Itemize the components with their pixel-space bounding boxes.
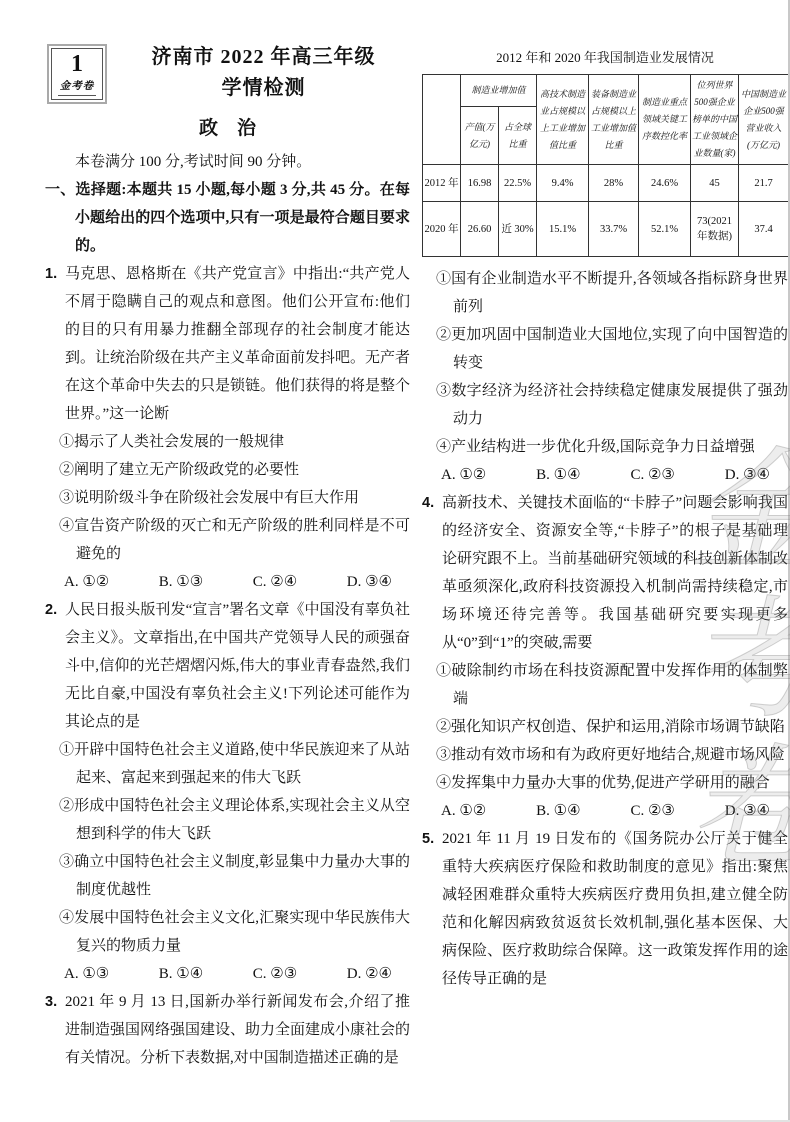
question-1-option-4: ④宣告资产阶级的灭亡和无产阶级的胜利同样是不可避免的 — [59, 512, 410, 568]
question-4-option-2: ②强化知识产权创造、保护和运用,消除市场调节缺陷 — [436, 713, 788, 741]
cell-fortune500: 73(2021年数据) — [691, 202, 739, 257]
choice-b: B. ①④ — [159, 960, 203, 988]
question-2-option-4: ④发展中国特色社会主义文化,汇聚实现中华民族伟大复兴的物质力量 — [59, 904, 410, 960]
cell-global-share: 22.5% — [499, 165, 537, 202]
question-2: 2.人民日报头版刊发“宣言”署名文章《中国没有辜负社会主义》。文章指出,在中国共… — [45, 596, 410, 988]
table-row-2012: 2012 年 16.98 22.5% 9.4% 28% 24.6% 45 21.… — [423, 165, 789, 202]
question-5-number: 5. — [422, 825, 434, 853]
choice-c: C. ②③ — [253, 960, 297, 988]
question-1: 1.马克思、恩格斯在《共产党宣言》中指出:“共产党人不屑于隐瞒自己的观点和意图。… — [45, 260, 410, 596]
question-4-stem: 4.高新技术、关键技术面临的“卡脖子”问题会影响我国的经济安全、资源安全等,“卡… — [422, 489, 788, 657]
table-header-global-share: 占全球比重 — [499, 107, 537, 165]
choice-d: D. ③④ — [347, 568, 392, 596]
paper-title-line2: 学情检测 — [117, 73, 410, 104]
cell-revenue: 37.4 — [739, 202, 789, 257]
cell-year: 2020 年 — [423, 202, 461, 257]
question-3-option-1: ①国有企业制造水平不断提升,各领域各指标跻身世界前列 — [436, 265, 788, 321]
cell-revenue: 21.7 — [739, 165, 789, 202]
exam-info: 本卷满分 100 分,考试时间 90 分钟。 — [45, 148, 410, 176]
choice-a: A. ①③ — [64, 960, 109, 988]
section1-heading: 一、选择题:本题共 15 小题,每小题 3 分,共 45 分。在每小题给出的四个… — [45, 176, 410, 260]
volume-number: 1 — [71, 52, 83, 76]
choice-a: A. ①② — [64, 568, 109, 596]
question-2-option-3: ③确立中国特色社会主义制度,彰显集中力量办大事的制度优越性 — [59, 848, 410, 904]
question-4-option-3: ③推动有效市场和有为政府更好地结合,规避市场风险 — [436, 741, 788, 769]
question-1-number: 1. — [45, 260, 57, 288]
choice-c: C. ②③ — [630, 797, 674, 825]
question-2-choices: A. ①③ B. ①④ C. ②③ D. ②④ — [64, 960, 410, 988]
cell-output: 16.98 — [461, 165, 499, 202]
cell-equipment: 28% — [589, 165, 639, 202]
table-header-added-value: 制造业增加值 — [461, 75, 537, 107]
question-1-option-3: ③说明阶级斗争在阶级社会发展中有巨大作用 — [59, 484, 410, 512]
choice-d: D. ②④ — [347, 960, 392, 988]
manufacturing-table-block: 2012 年和 2020 年我国制造业发展情况 制造业增加值 高技术制造业占规模… — [422, 48, 788, 257]
choice-d: D. ③④ — [725, 461, 770, 489]
choice-b: B. ①④ — [536, 461, 580, 489]
question-5-stem: 5.2021 年 11 月 19 日发布的《国务院办公厅关于健全重特大疾病医疗保… — [422, 825, 788, 993]
cell-fortune500: 45 — [691, 165, 739, 202]
question-1-option-2: ②阐明了建立无产阶级政党的必要性 — [59, 456, 410, 484]
choice-a: A. ①② — [441, 797, 486, 825]
cell-hightech: 9.4% — [537, 165, 589, 202]
question-3-options-block: ①国有企业制造水平不断提升,各领域各指标跻身世界前列 ②更加巩固中国制造业大国地… — [422, 265, 788, 489]
exam-paper-page: 1 金考卷 济南市 2022 年高三年级 学情检测 政 治 本卷满分 100 分… — [0, 0, 790, 1122]
volume-brand-label: 金考卷 — [58, 77, 97, 96]
cell-cnc: 24.6% — [639, 165, 691, 202]
right-column: 2012 年和 2020 年我国制造业发展情况 制造业增加值 高技术制造业占规模… — [422, 48, 788, 993]
question-1-choices: A. ①② B. ①③ C. ②④ D. ③④ — [64, 568, 410, 596]
volume-badge: 1 金考卷 — [47, 44, 107, 104]
question-3: 3.2021 年 9 月 13 日,国新办举行新闻发布会,介绍了推进制造强国网络… — [45, 988, 410, 1072]
table-row-2020: 2020 年 26.60 近 30% 15.1% 33.7% 52.1% 73(… — [423, 202, 789, 257]
cell-equipment: 33.7% — [589, 202, 639, 257]
question-3-stem-text: 2021 年 9 月 13 日,国新办举行新闻发布会,介绍了推进制造强国网络强国… — [65, 994, 410, 1066]
table-title: 2012 年和 2020 年我国制造业发展情况 — [422, 48, 788, 68]
question-3-option-4: ④产业结构进一步优化升级,国际竞争力日益增强 — [436, 433, 788, 461]
volume-badge-inner: 1 金考卷 — [51, 48, 103, 100]
question-2-option-1: ①开辟中国特色社会主义道路,使中华民族迎来了从站起来、富起来到强起来的伟大飞跃 — [59, 736, 410, 792]
question-3-option-2: ②更加巩固中国制造业大国地位,实现了向中国智造的转变 — [436, 321, 788, 377]
choice-c: C. ②④ — [253, 568, 297, 596]
question-4: 4.高新技术、关键技术面临的“卡脖子”问题会影响我国的经济安全、资源安全等,“卡… — [422, 489, 788, 825]
question-3-option-3: ③数字经济为经济社会持续稳定健康发展提供了强劲动力 — [436, 377, 788, 433]
choice-a: A. ①② — [441, 461, 486, 489]
choice-d: D. ③④ — [725, 797, 770, 825]
question-1-option-1: ①揭示了人类社会发展的一般规律 — [59, 428, 410, 456]
question-3-number: 3. — [45, 988, 57, 1016]
question-3-stem: 3.2021 年 9 月 13 日,国新办举行新闻发布会,介绍了推进制造强国网络… — [45, 988, 410, 1072]
question-4-option-4: ④发挥集中力量办大事的优势,促进产学研用的融合 — [436, 769, 788, 797]
question-4-number: 4. — [422, 489, 434, 517]
table-header-cnc: 制造业重点领域关键工序数控化率 — [639, 75, 691, 165]
table-corner-cell — [423, 75, 461, 165]
question-2-option-2: ②形成中国特色社会主义理论体系,实现社会主义从空想到科学的伟大飞跃 — [59, 792, 410, 848]
question-2-number: 2. — [45, 596, 57, 624]
table-header-hightech: 高技术制造业占规模以上工业增加值比重 — [537, 75, 589, 165]
question-4-choices: A. ①② B. ①④ C. ②③ D. ③④ — [441, 797, 788, 825]
question-3-choices: A. ①② B. ①④ C. ②③ D. ③④ — [441, 461, 788, 489]
choice-b: B. ①④ — [536, 797, 580, 825]
choice-c: C. ②③ — [630, 461, 674, 489]
cell-hightech: 15.1% — [537, 202, 589, 257]
question-5-stem-text: 2021 年 11 月 19 日发布的《国务院办公厅关于健全重特大疾病医疗保险和… — [442, 831, 788, 987]
cell-cnc: 52.1% — [639, 202, 691, 257]
question-1-stem-text: 马克思、恩格斯在《共产党宣言》中指出:“共产党人不屑于隐瞒自己的观点和意图。他们… — [65, 266, 410, 422]
table-header-equipment: 装备制造业占规模以上工业增加值比重 — [589, 75, 639, 165]
question-4-option-1: ①破除制约市场在科技资源配置中发挥作用的体制弊端 — [436, 657, 788, 713]
paper-title: 济南市 2022 年高三年级 学情检测 — [117, 40, 410, 104]
table-header-fortune500: 位列世界500强企业榜单的中国工业领域企业数量(家) — [691, 75, 739, 165]
table-header-revenue: 中国制造业企业500强营业收入(万亿元) — [739, 75, 789, 165]
paper-title-line1: 济南市 2022 年高三年级 — [117, 42, 410, 73]
cell-year: 2012 年 — [423, 165, 461, 202]
manufacturing-table: 制造业增加值 高技术制造业占规模以上工业增加值比重 装备制造业占规模以上工业增加… — [422, 74, 789, 257]
left-column: 1 金考卷 济南市 2022 年高三年级 学情检测 政 治 本卷满分 100 分… — [45, 40, 410, 1072]
question-4-stem-text: 高新技术、关键技术面临的“卡脖子”问题会影响我国的经济安全、资源安全等,“卡脖子… — [442, 495, 788, 651]
cell-output: 26.60 — [461, 202, 499, 257]
table-header-output: 产值(万亿元) — [461, 107, 499, 165]
choice-b: B. ①③ — [159, 568, 203, 596]
question-2-stem-text: 人民日报头版刊发“宣言”署名文章《中国没有辜负社会主义》。文章指出,在中国共产党… — [65, 602, 410, 730]
cell-global-share: 近 30% — [499, 202, 537, 257]
subject-title: 政 治 — [45, 114, 410, 144]
question-5: 5.2021 年 11 月 19 日发布的《国务院办公厅关于健全重特大疾病医疗保… — [422, 825, 788, 993]
question-2-stem: 2.人民日报头版刊发“宣言”署名文章《中国没有辜负社会主义》。文章指出,在中国共… — [45, 596, 410, 736]
paper-header: 1 金考卷 济南市 2022 年高三年级 学情检测 — [45, 40, 410, 110]
question-1-stem: 1.马克思、恩格斯在《共产党宣言》中指出:“共产党人不屑于隐瞒自己的观点和意图。… — [45, 260, 410, 428]
